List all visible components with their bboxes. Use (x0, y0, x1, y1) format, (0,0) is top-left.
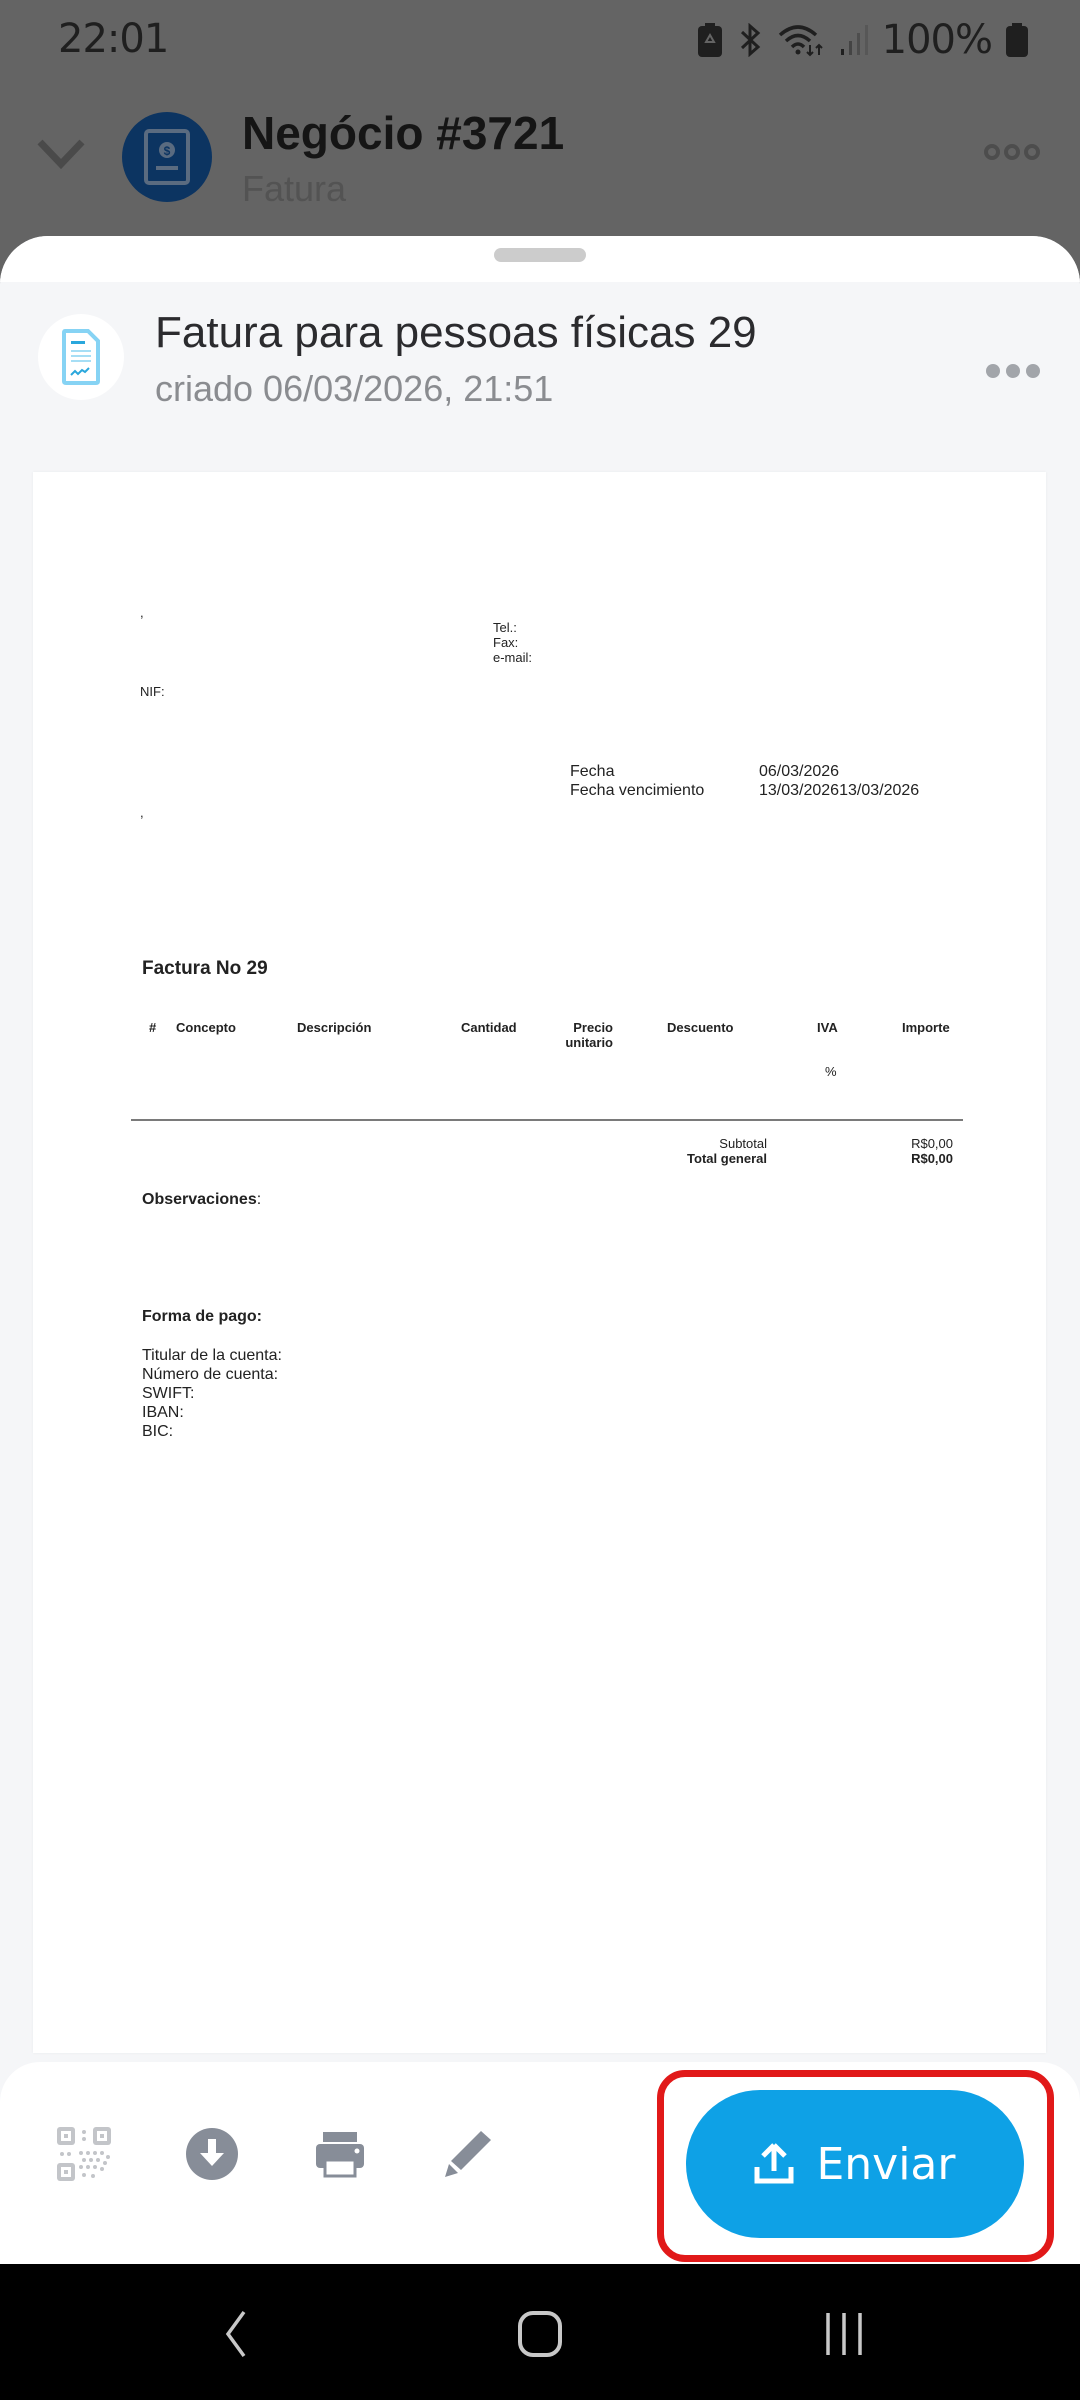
status-bar: 22:01 100% (0, 0, 1080, 80)
client-comma: , (140, 805, 144, 820)
observaciones: Observaciones: (142, 1190, 261, 1209)
company-comma: , (140, 605, 144, 620)
battery-percent: 100% (882, 17, 992, 63)
contact-fax: Fax: (493, 635, 518, 650)
svg-text:$: $ (164, 144, 171, 158)
col-descuento: Descuento (667, 1020, 733, 1035)
wifi-icon (778, 23, 826, 57)
signal-icon (840, 23, 868, 57)
subtotal-label: Subtotal (593, 1136, 767, 1151)
invoice-sheet: Fatura para pessoas físicas 29 criado 06… (0, 236, 1080, 2264)
payment-title: Forma de pago: (142, 1307, 262, 1326)
fecha-value: 06/03/2026 (759, 762, 839, 781)
document-header: Fatura para pessoas físicas 29 criado 06… (0, 282, 1080, 402)
nav-home-button[interactable] (500, 2304, 580, 2364)
total-value: R$0,00 (833, 1151, 953, 1166)
invoice-dollar-icon: $ (144, 129, 190, 185)
battery-icon (1006, 23, 1028, 57)
deal-subtitle: Fatura (242, 168, 346, 210)
qr-code-button[interactable] (52, 2122, 116, 2186)
row-iva-value: % (825, 1064, 837, 1079)
qr-code-icon (57, 2127, 111, 2181)
system-nav-bar (0, 2264, 1080, 2400)
document-more-button[interactable] (986, 364, 1040, 378)
back-icon (224, 2310, 248, 2358)
send-button[interactable]: Enviar (686, 2090, 1024, 2238)
observaciones-colon: : (257, 1191, 261, 1208)
recents-icon (824, 2310, 864, 2358)
home-icon (517, 2310, 563, 2358)
vencimiento-value: 13/03/202613/03/2026 (759, 781, 919, 800)
col-precio-unitario: Precio unitario (553, 1020, 613, 1050)
nif-label: NIF: (140, 684, 165, 699)
contact-email: e-mail: (493, 650, 532, 665)
subtotal-value: R$0,00 (833, 1136, 953, 1151)
pencil-icon (443, 2129, 493, 2179)
deal-avatar: $ (122, 112, 212, 202)
document-created-date: criado 06/03/2026, 21:51 (155, 368, 553, 410)
nav-recents-button[interactable] (804, 2304, 884, 2364)
fecha-label: Fecha (570, 762, 614, 781)
observaciones-label: Observaciones (142, 1191, 257, 1208)
send-button-label: Enviar (816, 2139, 955, 2190)
document-title: Fatura para pessoas físicas 29 (155, 308, 757, 358)
col-importe: Importe (902, 1020, 950, 1035)
print-icon (316, 2130, 364, 2178)
download-icon (185, 2127, 239, 2181)
drag-handle[interactable] (494, 248, 586, 262)
payment-bic: BIC: (142, 1422, 173, 1441)
col-number: # (149, 1020, 156, 1035)
col-iva: IVA (817, 1020, 838, 1035)
document-icon (62, 329, 100, 385)
nav-back-button[interactable] (196, 2304, 276, 2364)
status-time: 22:01 (58, 16, 168, 62)
payment-swift: SWIFT: (142, 1384, 194, 1403)
download-button[interactable] (180, 2122, 244, 2186)
document-icon-wrap (38, 314, 124, 400)
more-options-button[interactable] (984, 144, 1040, 160)
col-descripcion: Descripción (297, 1020, 371, 1035)
invoice-number-title: Factura No 29 (142, 959, 268, 978)
status-icons: 100% (698, 16, 1028, 64)
payment-iban: IBAN: (142, 1403, 184, 1422)
deal-title: Negócio #3721 (242, 106, 564, 160)
payment-numero: Número de cuenta: (142, 1365, 278, 1384)
col-cantidad: Cantidad (461, 1020, 517, 1035)
total-label: Total general (593, 1151, 767, 1166)
table-divider (131, 1119, 963, 1121)
print-button[interactable] (308, 2122, 372, 2186)
bluetooth-icon (736, 23, 764, 57)
invoice-preview[interactable]: , Tel.: Fax: e-mail: NIF: Fecha 06/03/20… (33, 472, 1046, 2053)
edit-button[interactable] (436, 2122, 500, 2186)
chevron-down-icon[interactable] (36, 138, 86, 170)
action-bar: Enviar (0, 2062, 1080, 2264)
vencimiento-label: Fecha vencimiento (570, 781, 704, 800)
col-concepto: Concepto (176, 1020, 236, 1035)
upload-icon (754, 2143, 794, 2185)
contact-tel: Tel.: (493, 620, 517, 635)
battery-saver-icon (698, 23, 722, 57)
sheet-top (0, 236, 1080, 282)
payment-titular: Titular de la cuenta: (142, 1346, 282, 1365)
